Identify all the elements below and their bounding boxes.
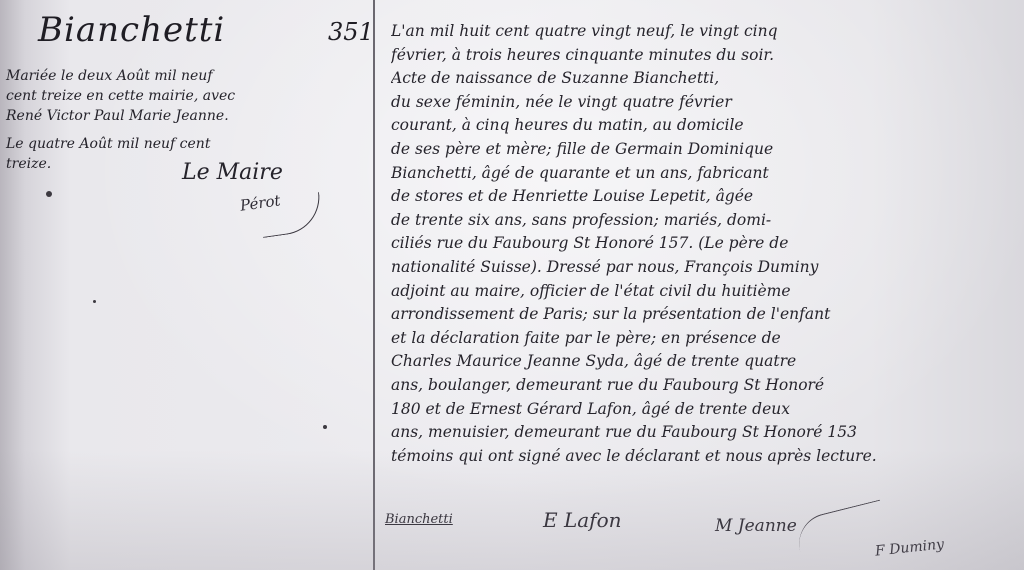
- record-line: arrondissement de Paris; sur la présenta…: [391, 303, 1023, 327]
- register-page: Bianchetti 351 Mariée le deux Août mil n…: [0, 0, 1024, 570]
- record-column: L'an mil huit cent quatre vingt neuf, le…: [385, 0, 1024, 570]
- ink-spot: [323, 425, 327, 429]
- record-line: février, à trois heures cinquante minute…: [391, 44, 1023, 68]
- ink-spot: [46, 191, 52, 197]
- signature-block: Bianchetti E Lafon M Jeanne F Duminy: [385, 508, 1024, 570]
- record-line: témoins qui ont signé avec le déclarant …: [391, 445, 1023, 469]
- record-line: du sexe féminin, née le vingt quatre fév…: [391, 91, 1023, 115]
- ink-spot: [93, 300, 96, 303]
- margin-note-line: Mariée le deux Août mil neuf: [6, 66, 366, 86]
- record-line: et la déclaration faite par le père; en …: [391, 327, 1023, 351]
- record-line: Bianchetti, âgé de quarante et un ans, f…: [391, 162, 1023, 186]
- record-line: 180 et de Ernest Gérard Lafon, âgé de tr…: [391, 398, 1023, 422]
- record-line: adjoint au maire, officier de l'état civ…: [391, 280, 1023, 304]
- record-line: courant, à cinq heures du matin, au domi…: [391, 114, 1023, 138]
- mayor-signature: Pérot: [239, 191, 282, 214]
- record-line: de ses père et mère; fille de Germain Do…: [391, 138, 1023, 162]
- column-divider: [373, 0, 375, 570]
- record-line: Charles Maurice Jeanne Syda, âgé de tren…: [391, 350, 1023, 374]
- signature-declarant: Bianchetti: [385, 512, 453, 527]
- record-number: 351: [328, 18, 374, 46]
- birth-record-text: L'an mil huit cent quatre vingt neuf, le…: [391, 20, 1023, 468]
- margin-surname: Bianchetti: [38, 10, 225, 50]
- record-line: Acte de naissance de Suzanne Bianchetti,: [391, 67, 1023, 91]
- margin-note-line: Le quatre Août mil neuf cent: [6, 134, 366, 154]
- margin-column: Bianchetti 351 Mariée le deux Août mil n…: [0, 0, 373, 570]
- signature-officer: F Duminy: [874, 536, 944, 559]
- record-line: ciliés rue du Faubourg St Honoré 157. (L…: [391, 232, 1023, 256]
- record-line: de trente six ans, sans profession; mari…: [391, 209, 1023, 233]
- record-line: L'an mil huit cent quatre vingt neuf, le…: [391, 20, 1023, 44]
- signature-witness-1: E Lafon: [543, 508, 622, 532]
- record-line: ans, boulanger, demeurant rue du Faubour…: [391, 374, 1023, 398]
- record-line: nationalité Suisse). Dressé par nous, Fr…: [391, 256, 1023, 280]
- signature-witness-2: M Jeanne: [715, 516, 797, 536]
- margin-note-line: René Victor Paul Marie Jeanne.: [6, 106, 366, 126]
- record-line: ans, menuisier, demeurant rue du Faubour…: [391, 421, 1023, 445]
- record-line: de stores et de Henriette Louise Lepetit…: [391, 185, 1023, 209]
- mayor-title: Le Maire: [182, 160, 283, 185]
- marginal-annotation: Mariée le deux Août mil neuf cent treize…: [6, 66, 366, 174]
- margin-note-line: cent treize en cette mairie, avec: [6, 86, 366, 106]
